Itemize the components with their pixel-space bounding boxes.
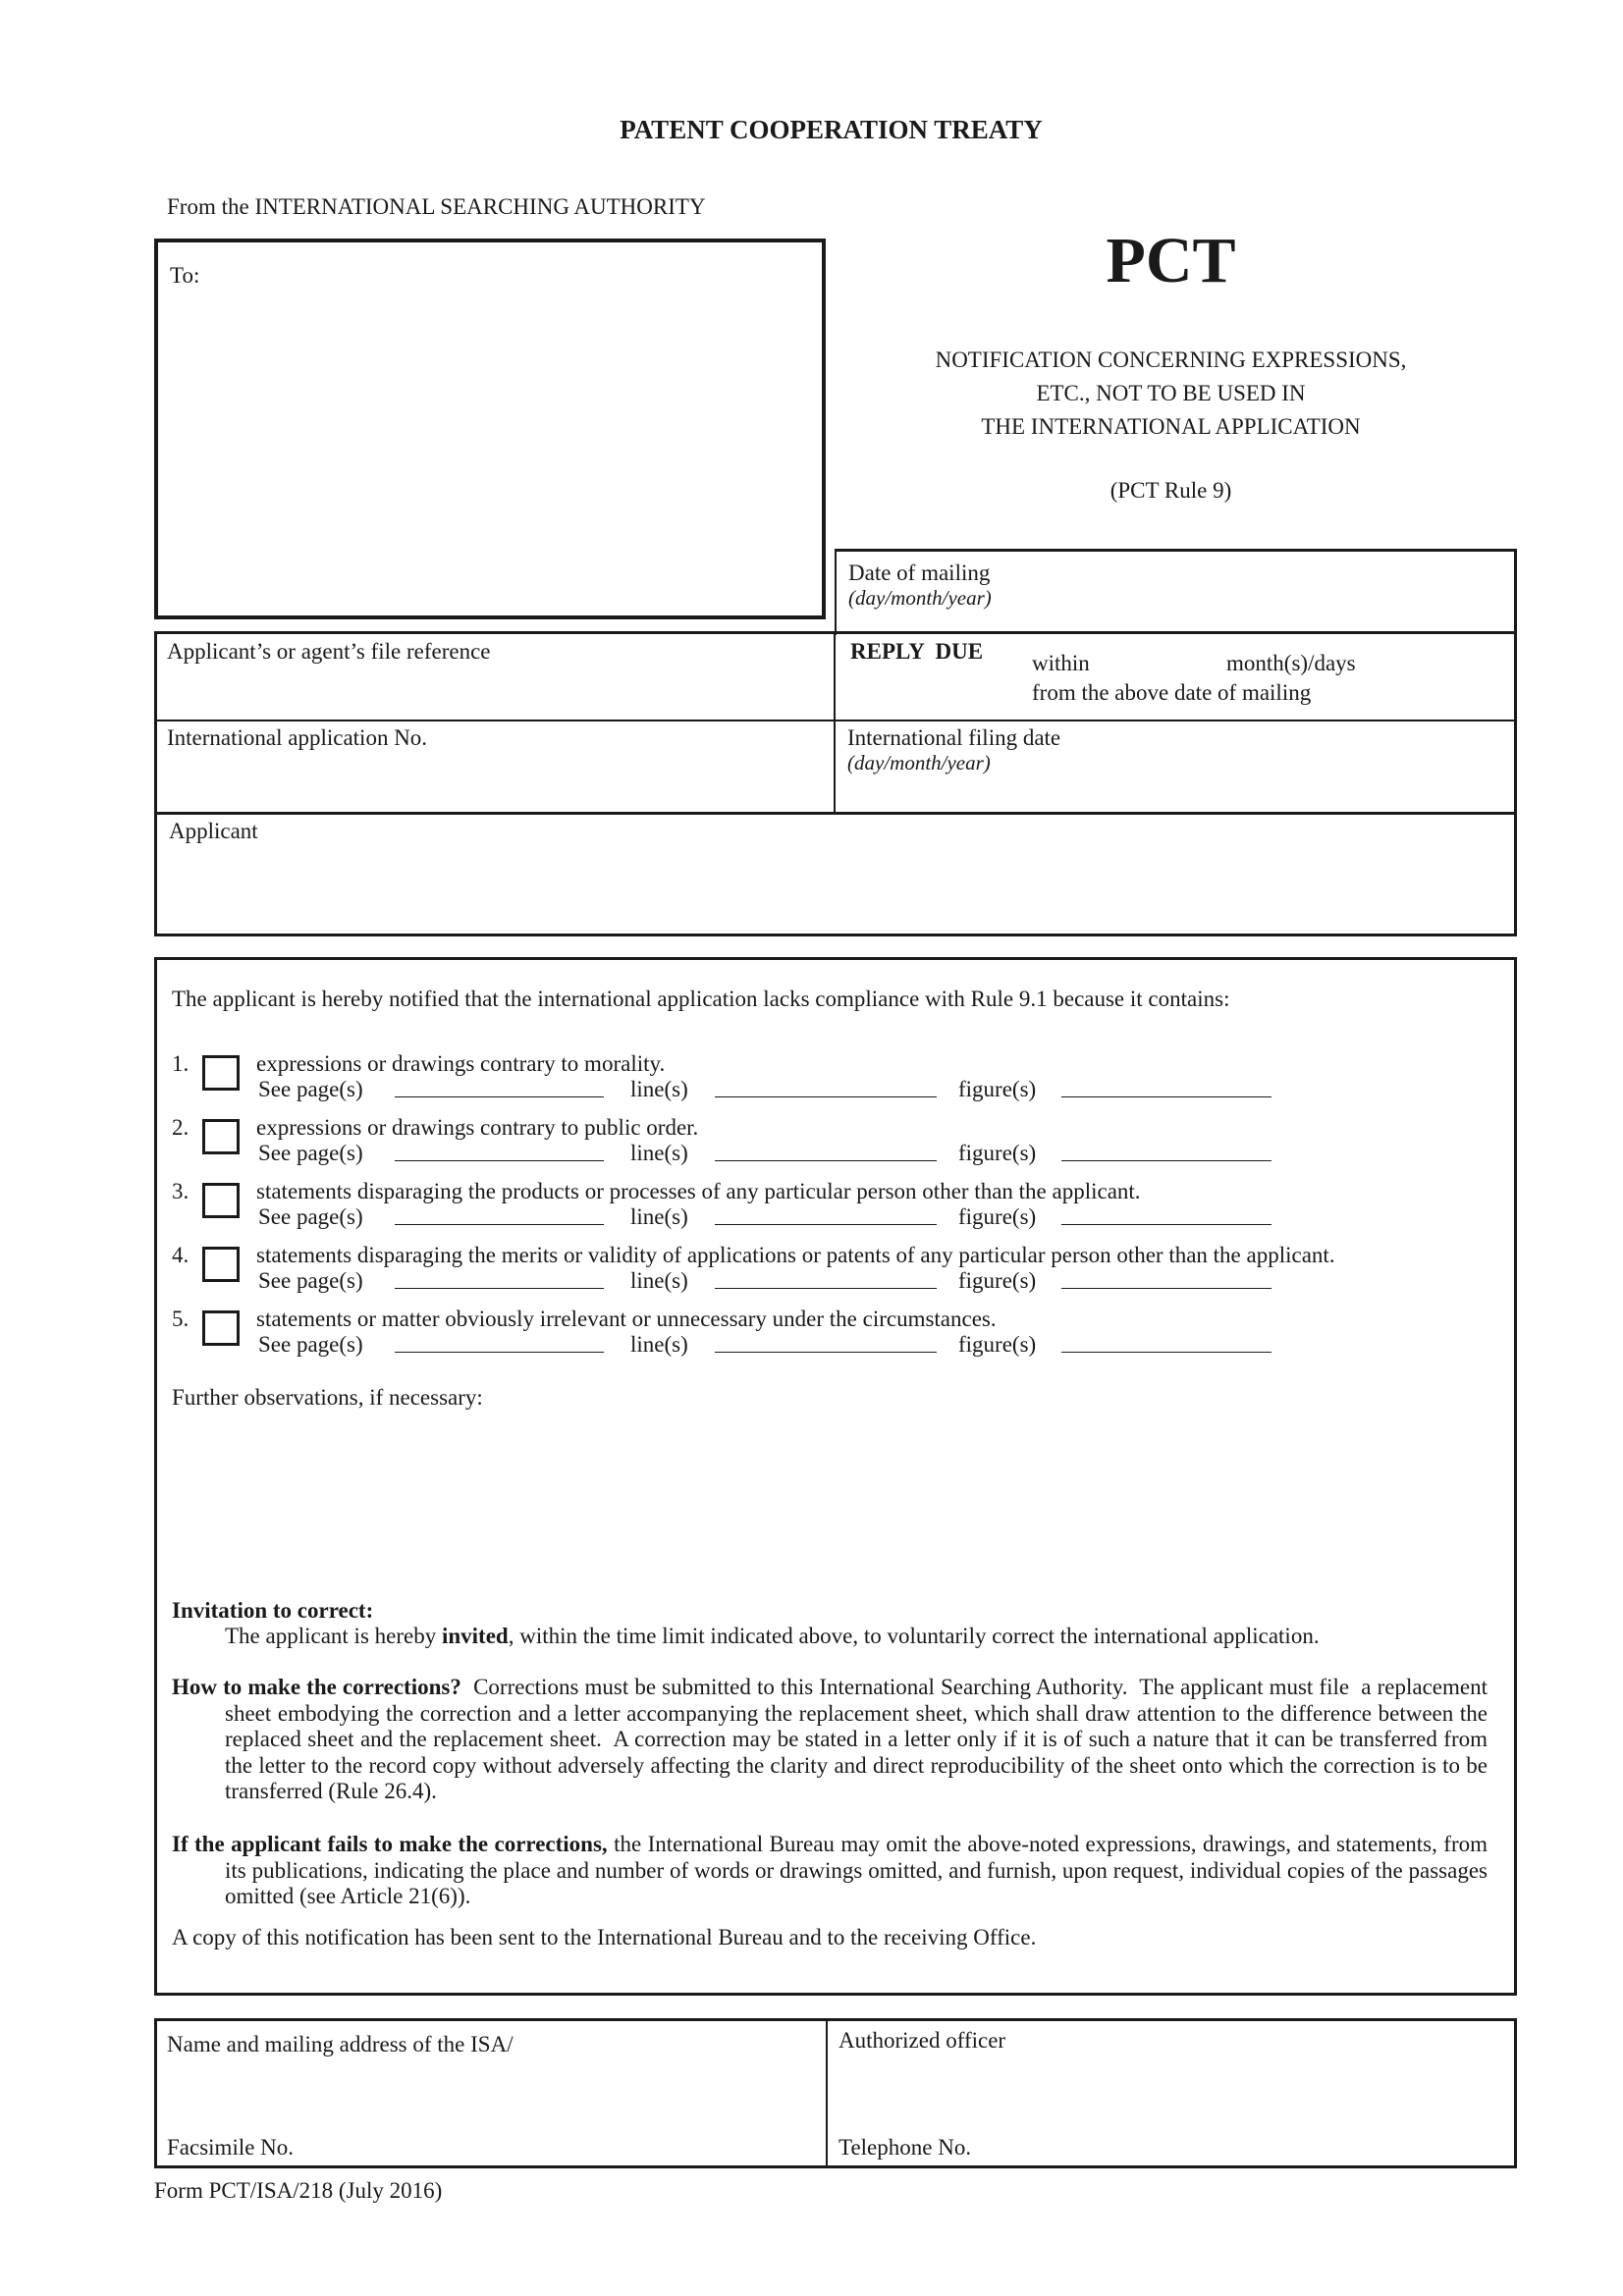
from-authority-line: From the INTERNATIONAL SEARCHING AUTHORI… — [167, 193, 706, 220]
figures-label: figure(s) — [958, 1140, 1036, 1166]
figures-input[interactable] — [1061, 1223, 1271, 1225]
form-identifier: Form PCT/ISA/218 (July 2016) — [154, 2177, 442, 2204]
lines-label: line(s) — [630, 1331, 688, 1358]
see-pages-label: See page(s) — [258, 1203, 363, 1230]
invitation-text-bold: invited — [442, 1624, 509, 1648]
lines-input[interactable] — [715, 1095, 937, 1097]
notification-title-line: NOTIFICATION CONCERNING EXPRESSIONS, — [844, 344, 1497, 377]
deficiency-checkbox[interactable] — [202, 1119, 240, 1154]
invitation-text-end: , within the time limit indicated above,… — [509, 1624, 1320, 1648]
file-reference-field[interactable]: Applicant’s or agent’s file reference — [157, 634, 833, 720]
lines-input[interactable] — [715, 1223, 937, 1225]
lines-label: line(s) — [630, 1203, 688, 1230]
figures-label: figure(s) — [958, 1267, 1036, 1294]
see-pages-label: See page(s) — [258, 1267, 363, 1294]
item-number: 1. — [172, 1050, 189, 1077]
figures-label: figure(s) — [958, 1076, 1036, 1102]
deficiency-checkbox[interactable] — [202, 1310, 240, 1346]
to-address-box[interactable]: To: — [154, 239, 826, 619]
form-title: PATENT COOPERATION TREATY — [0, 114, 1623, 145]
intl-filing-date-hint: (day/month/year) — [847, 750, 991, 776]
figures-input[interactable] — [1061, 1351, 1271, 1353]
to-label: To: — [170, 262, 199, 289]
file-reference-label: Applicant’s or agent’s file reference — [167, 638, 491, 665]
notification-title: NOTIFICATION CONCERNING EXPRESSIONS, ETC… — [844, 344, 1497, 444]
lines-input[interactable] — [715, 1351, 937, 1353]
pages-input[interactable] — [395, 1095, 604, 1097]
authorized-officer-field[interactable]: Authorized officer Telephone No. — [829, 2021, 1514, 2165]
notification-title-line: ETC., NOT TO BE USED IN — [844, 377, 1497, 410]
rule-reference: (PCT Rule 9) — [844, 477, 1497, 504]
date-of-mailing-box[interactable]: Date of mailing (day/month/year) — [835, 549, 1517, 635]
intl-filing-date-field[interactable]: International filing date (day/month/yea… — [836, 722, 1514, 813]
item-number: 2. — [172, 1114, 189, 1141]
item-description: expressions or drawings contrary to publ… — [256, 1114, 698, 1141]
applicant-field[interactable]: Applicant — [154, 812, 1517, 936]
figures-label: figure(s) — [958, 1331, 1036, 1358]
invitation-text-start: The applicant is hereby — [225, 1624, 442, 1648]
fails-to-correct-heading: If the applicant fails to make the corre… — [172, 1832, 608, 1856]
lines-label: line(s) — [630, 1267, 688, 1294]
see-pages-label: See page(s) — [258, 1331, 363, 1358]
deficiency-checkbox[interactable] — [202, 1183, 240, 1218]
pages-input[interactable] — [395, 1223, 604, 1225]
further-observations-label: Further observations, if necessary: — [172, 1384, 483, 1411]
copy-note: A copy of this notification has been sen… — [172, 1924, 1036, 1950]
fails-to-correct-paragraph: If the applicant fails to make the corre… — [172, 1832, 1488, 1910]
telephone-label: Telephone No. — [839, 2134, 971, 2161]
figures-input[interactable] — [1061, 1095, 1271, 1097]
item-number: 4. — [172, 1242, 189, 1268]
reply-due-unit: month(s)/days — [1226, 650, 1356, 676]
isa-address-label: Name and mailing address of the ISA/ — [167, 2031, 514, 2057]
applicant-label: Applicant — [169, 818, 258, 844]
grid-divider — [154, 720, 1517, 721]
invitation-text: The applicant is hereby invited, within … — [225, 1623, 1320, 1649]
item-description: statements or matter obviously irrelevan… — [256, 1306, 997, 1332]
pages-input[interactable] — [395, 1287, 604, 1289]
figures-input[interactable] — [1061, 1159, 1271, 1161]
notification-intro: The applicant is hereby notified that th… — [172, 986, 1229, 1012]
how-to-correct-paragraph: How to make the corrections? Corrections… — [172, 1675, 1488, 1805]
isa-address-field[interactable]: Name and mailing address of the ISA/ Fac… — [157, 2021, 825, 2165]
deficiency-checkbox[interactable] — [202, 1247, 240, 1282]
further-observations-field[interactable] — [167, 1414, 1502, 1580]
pages-input[interactable] — [395, 1159, 604, 1161]
item-number: 3. — [172, 1178, 189, 1204]
footer-divider — [826, 2018, 828, 2167]
figures-input[interactable] — [1061, 1287, 1271, 1289]
notification-title-line: THE INTERNATIONAL APPLICATION — [844, 410, 1497, 444]
deficiency-checkbox[interactable] — [202, 1055, 240, 1091]
item-description: statements disparaging the products or p… — [256, 1178, 1141, 1204]
lines-label: line(s) — [630, 1076, 688, 1102]
pages-input[interactable] — [395, 1351, 604, 1353]
lines-input[interactable] — [715, 1159, 937, 1161]
intl-filing-date-label: International filing date — [847, 724, 1060, 751]
item-description: statements disparaging the merits or val… — [256, 1242, 1335, 1268]
reply-due-from-text: from the above date of mailing — [1032, 679, 1311, 706]
lines-label: line(s) — [630, 1140, 688, 1166]
reply-due-field[interactable]: REPLY DUE within month(s)/days from the … — [836, 634, 1514, 720]
invitation-heading: Invitation to correct: — [172, 1597, 373, 1624]
item-description: expressions or drawings contrary to mora… — [256, 1050, 665, 1077]
date-of-mailing-hint: (day/month/year) — [848, 585, 992, 612]
date-of-mailing-label: Date of mailing — [848, 560, 990, 586]
see-pages-label: See page(s) — [258, 1140, 363, 1166]
see-pages-label: See page(s) — [258, 1076, 363, 1102]
reply-due-label: REPLY DUE — [850, 638, 983, 665]
reply-due-within: within — [1032, 650, 1090, 676]
lines-input[interactable] — [715, 1287, 937, 1289]
item-number: 5. — [172, 1306, 189, 1332]
figures-label: figure(s) — [958, 1203, 1036, 1230]
facsimile-label: Facsimile No. — [167, 2134, 294, 2161]
how-to-correct-heading: How to make the corrections? — [172, 1675, 461, 1699]
pct-logo: PCT — [844, 224, 1497, 298]
intl-application-no-field[interactable]: International application No. — [157, 722, 833, 813]
intl-application-no-label: International application No. — [167, 724, 427, 751]
authorized-officer-label: Authorized officer — [839, 2027, 1005, 2054]
